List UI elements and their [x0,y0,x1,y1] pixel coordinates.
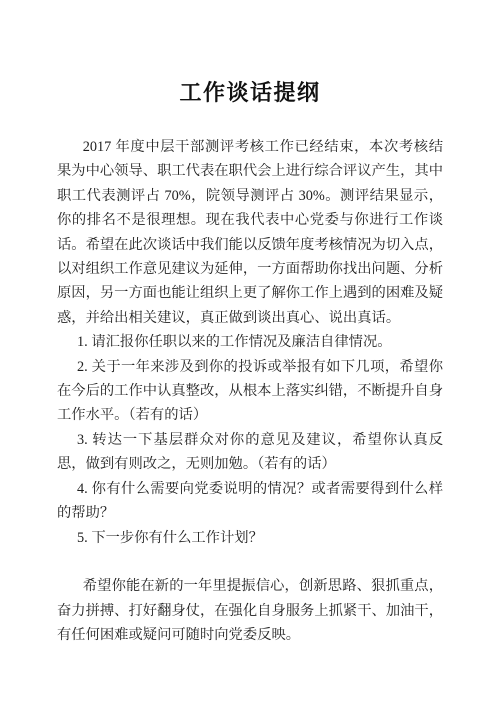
document-page: 工作谈话提纲 2017 年度中层干部测评考核工作已经结束，本次考核结果为中心领导… [0,0,500,708]
document-body: 2017 年度中层干部测评考核工作已经结束，本次考核结果为中心领导、职工代表在职… [57,135,443,648]
intro-paragraph: 2017 年度中层干部测评考核工作已经结束，本次考核结果为中心领导、职工代表在职… [57,135,443,330]
talk-item-3: 3. 转达一下基层群众对你的意见及建议，希望你认真反思，做到有则改之，无则加勉。… [57,428,443,477]
closing-paragraph: 希望你能在新的一年里提振信心，创新思路、狠抓重点，奋力拼搏、打好翻身仗，在强化自… [57,574,443,647]
talk-item-1: 1. 请汇报你任职以来的工作情况及廉洁自律情况。 [57,330,443,354]
talk-item-2: 2. 关于一年来涉及到你的投诉或举报有如下几项，希望你在今后的工作中认真整改，从… [57,355,443,428]
talk-item-4: 4. 你有什么需要向党委说明的情况？或者需要得到什么样的帮助？ [57,477,443,526]
document-title: 工作谈话提纲 [57,82,443,104]
talk-item-5: 5. 下一步你有什么工作计划？ [57,526,443,550]
